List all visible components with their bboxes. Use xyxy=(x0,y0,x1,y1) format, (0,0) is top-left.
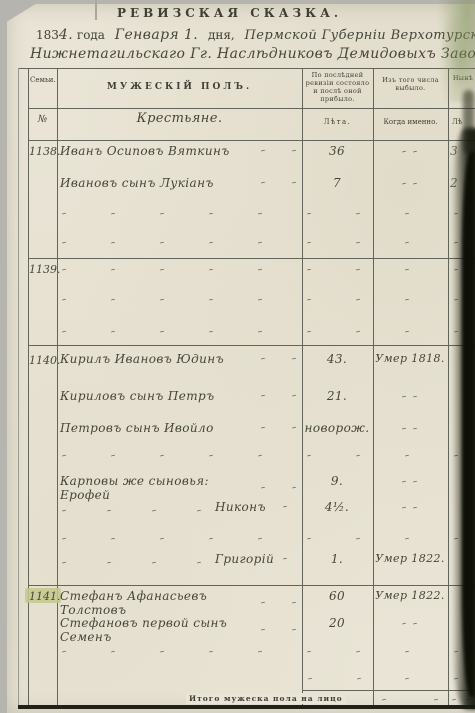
ditto-marks: –– xyxy=(258,352,300,366)
entry-age: 60 xyxy=(302,589,372,603)
entry-age: 4½. xyxy=(302,500,372,514)
subheader-years-cut: Лѣ xyxy=(452,118,462,126)
entry-name-cell: Петровъ сынъ Ивойло–– xyxy=(60,421,300,435)
entry-name-cell: Стефанъ Афанасьевъ Толстовъ–– xyxy=(60,589,300,617)
entry-row: Стефанъ Афанасьевъ Толстовъ–– 60 Умер 18… xyxy=(0,589,475,611)
entry-when: –– xyxy=(374,144,446,157)
ditto-marks: –– xyxy=(258,589,300,617)
ditto-marks: ––––––––– xyxy=(62,210,458,219)
document-title: РЕВИЗСКАЯ СКАЗКА. xyxy=(72,6,387,20)
entry-name-cell: Кириловъ сынъ Петръ–– xyxy=(60,389,300,403)
table-line xyxy=(28,345,475,346)
ditto-marks: ––––––––– xyxy=(62,328,458,337)
ditto-marks: –– xyxy=(258,176,300,190)
ditto-marks: –– xyxy=(258,144,300,158)
entry-name: Кириловъ сынъ Петръ xyxy=(60,389,215,403)
entry-age: 21. xyxy=(302,389,372,403)
entry-row: Стефановъ первой сынъ Семенъ–– 20 –– xyxy=(0,616,475,638)
entry-name: Петровъ сынъ Ивойло xyxy=(60,421,214,435)
year-word: года xyxy=(77,28,105,42)
gutter-shadow xyxy=(462,152,475,697)
entry-name-cell: Григорій– xyxy=(215,552,300,566)
column-header-family: Семьи. xyxy=(30,76,56,84)
ditto-marks: –– xyxy=(382,696,438,705)
total-label: Итого мужеска пола на лицо xyxy=(186,693,346,704)
ditto-marks: ––––––––– xyxy=(62,535,458,544)
column-header-male: МУЖЕСКІЙ ПОЛЪ. xyxy=(57,82,302,92)
place-line: Нижнетагильскаго Гг. Наслѣдниковъ Демидо… xyxy=(30,46,450,62)
ditto-marks: –– xyxy=(258,616,300,644)
ditto-marks: ––––––––– xyxy=(62,648,458,657)
entry-name: Иванъ Осиповъ Вяткинъ xyxy=(60,144,230,158)
day-word: дня, xyxy=(208,28,235,42)
family-number: 1139. xyxy=(29,263,57,276)
column-header-last-revision: По послѣдней ревизіи состояло и послѣ он… xyxy=(304,71,371,103)
entry-age: 1. xyxy=(302,552,372,566)
ditto-marks: – xyxy=(280,552,300,566)
month-day-handwritten: Генваря 1. xyxy=(115,27,198,43)
ditto-marks: – xyxy=(280,500,300,514)
entry-name-cell: Стефановъ первой сынъ Семенъ–– xyxy=(60,616,300,644)
year-handwritten: 4. xyxy=(59,27,73,43)
table-line xyxy=(28,140,475,141)
table-line xyxy=(28,585,475,586)
ditto-marks: –– xyxy=(258,474,300,502)
entry-row: Ивановъ сынъ Лукіанъ–– 7 –– 2 xyxy=(0,176,475,198)
table-bottom-border xyxy=(18,705,475,709)
entry-age: 9. xyxy=(302,474,372,488)
entry-age: новорож. xyxy=(302,421,372,435)
entry-row: Карповы же сыновья: Ерофей–– 9. –– xyxy=(0,474,475,496)
subheader-number: № xyxy=(28,114,57,125)
entry-when: Умер 1822. xyxy=(374,552,446,565)
entry-name-cell: Иванъ Осиповъ Вяткинъ–– xyxy=(60,144,300,158)
entry-name: Ивановъ сынъ Лукіанъ xyxy=(60,176,214,190)
entry-name: Кирилъ Ивановъ Юдинъ xyxy=(60,352,224,366)
ditto-marks: ––––––––– xyxy=(62,239,458,248)
entry-name: Карповы же сыновья: Ерофей xyxy=(60,474,258,502)
table-line xyxy=(302,690,475,691)
ditto-marks: ––––––––– xyxy=(62,296,458,305)
entry-when: Умер 1818. xyxy=(374,352,446,365)
table-line xyxy=(28,108,475,109)
entry-name: Григорій xyxy=(215,552,274,566)
year-printed: 183 xyxy=(36,28,59,42)
entry-row: Петровъ сынъ Ивойло–– новорож. –– xyxy=(0,421,475,443)
subheader-years: Лѣта. xyxy=(304,118,371,126)
entry-when: –– xyxy=(374,389,446,402)
green-stain xyxy=(435,0,475,102)
ditto-marks: –––– xyxy=(308,675,458,684)
subheader-when: Когда именно. xyxy=(375,118,446,126)
entry-row: Кириловъ сынъ Петръ–– 21. –– xyxy=(0,389,475,411)
entry-name: Стефановъ первой сынъ Семенъ xyxy=(60,616,258,644)
table-line xyxy=(18,68,475,69)
entry-when: –– xyxy=(374,474,446,487)
entry-name: Стефанъ Афанасьевъ Толстовъ xyxy=(60,589,258,617)
entry-when: –– xyxy=(374,500,446,513)
entry-when: Умер 1822. xyxy=(374,589,446,602)
subheader-category: Крестьяне. xyxy=(57,111,302,126)
entry-row: Иванъ Осиповъ Вяткинъ–– 36 –– 3 xyxy=(0,144,475,166)
ditto-marks: ––––––––– xyxy=(62,266,458,275)
revision-list-scan: РЕВИЗСКАЯ СКАЗКА. 1834. года Генваря 1. … xyxy=(0,0,475,713)
entry-when: –– xyxy=(374,421,446,434)
entry-name-cell: Карповы же сыновья: Ерофей–– xyxy=(60,474,300,502)
entry-name-cell: Никонъ– xyxy=(215,500,300,514)
ditto-marks: –––– xyxy=(62,559,202,568)
entry-row: Кирилъ Ивановъ Юдинъ–– 43. Умер 1818. xyxy=(0,352,475,374)
table-line xyxy=(28,258,475,259)
entry-name: Никонъ xyxy=(215,500,266,514)
entry-name-cell: Кирилъ Ивановъ Юдинъ–– xyxy=(60,352,300,366)
entry-when: –– xyxy=(374,616,446,629)
entry-age: 43. xyxy=(302,352,372,366)
ditto-marks: ––––––––– xyxy=(62,452,458,461)
ditto-marks: –– xyxy=(258,421,300,435)
date-line: 1834. года Генваря 1. дня, Пермской Губе… xyxy=(36,27,472,43)
entry-age: 20 xyxy=(302,616,372,630)
entry-age: 36 xyxy=(302,144,372,158)
entry-when: –– xyxy=(374,176,446,189)
ditto-marks: –––– xyxy=(62,507,202,516)
entry-age: 7 xyxy=(302,176,372,190)
entry-name-cell: Ивановъ сынъ Лукіанъ–– xyxy=(60,176,300,190)
ditto-marks: –– xyxy=(258,389,300,403)
